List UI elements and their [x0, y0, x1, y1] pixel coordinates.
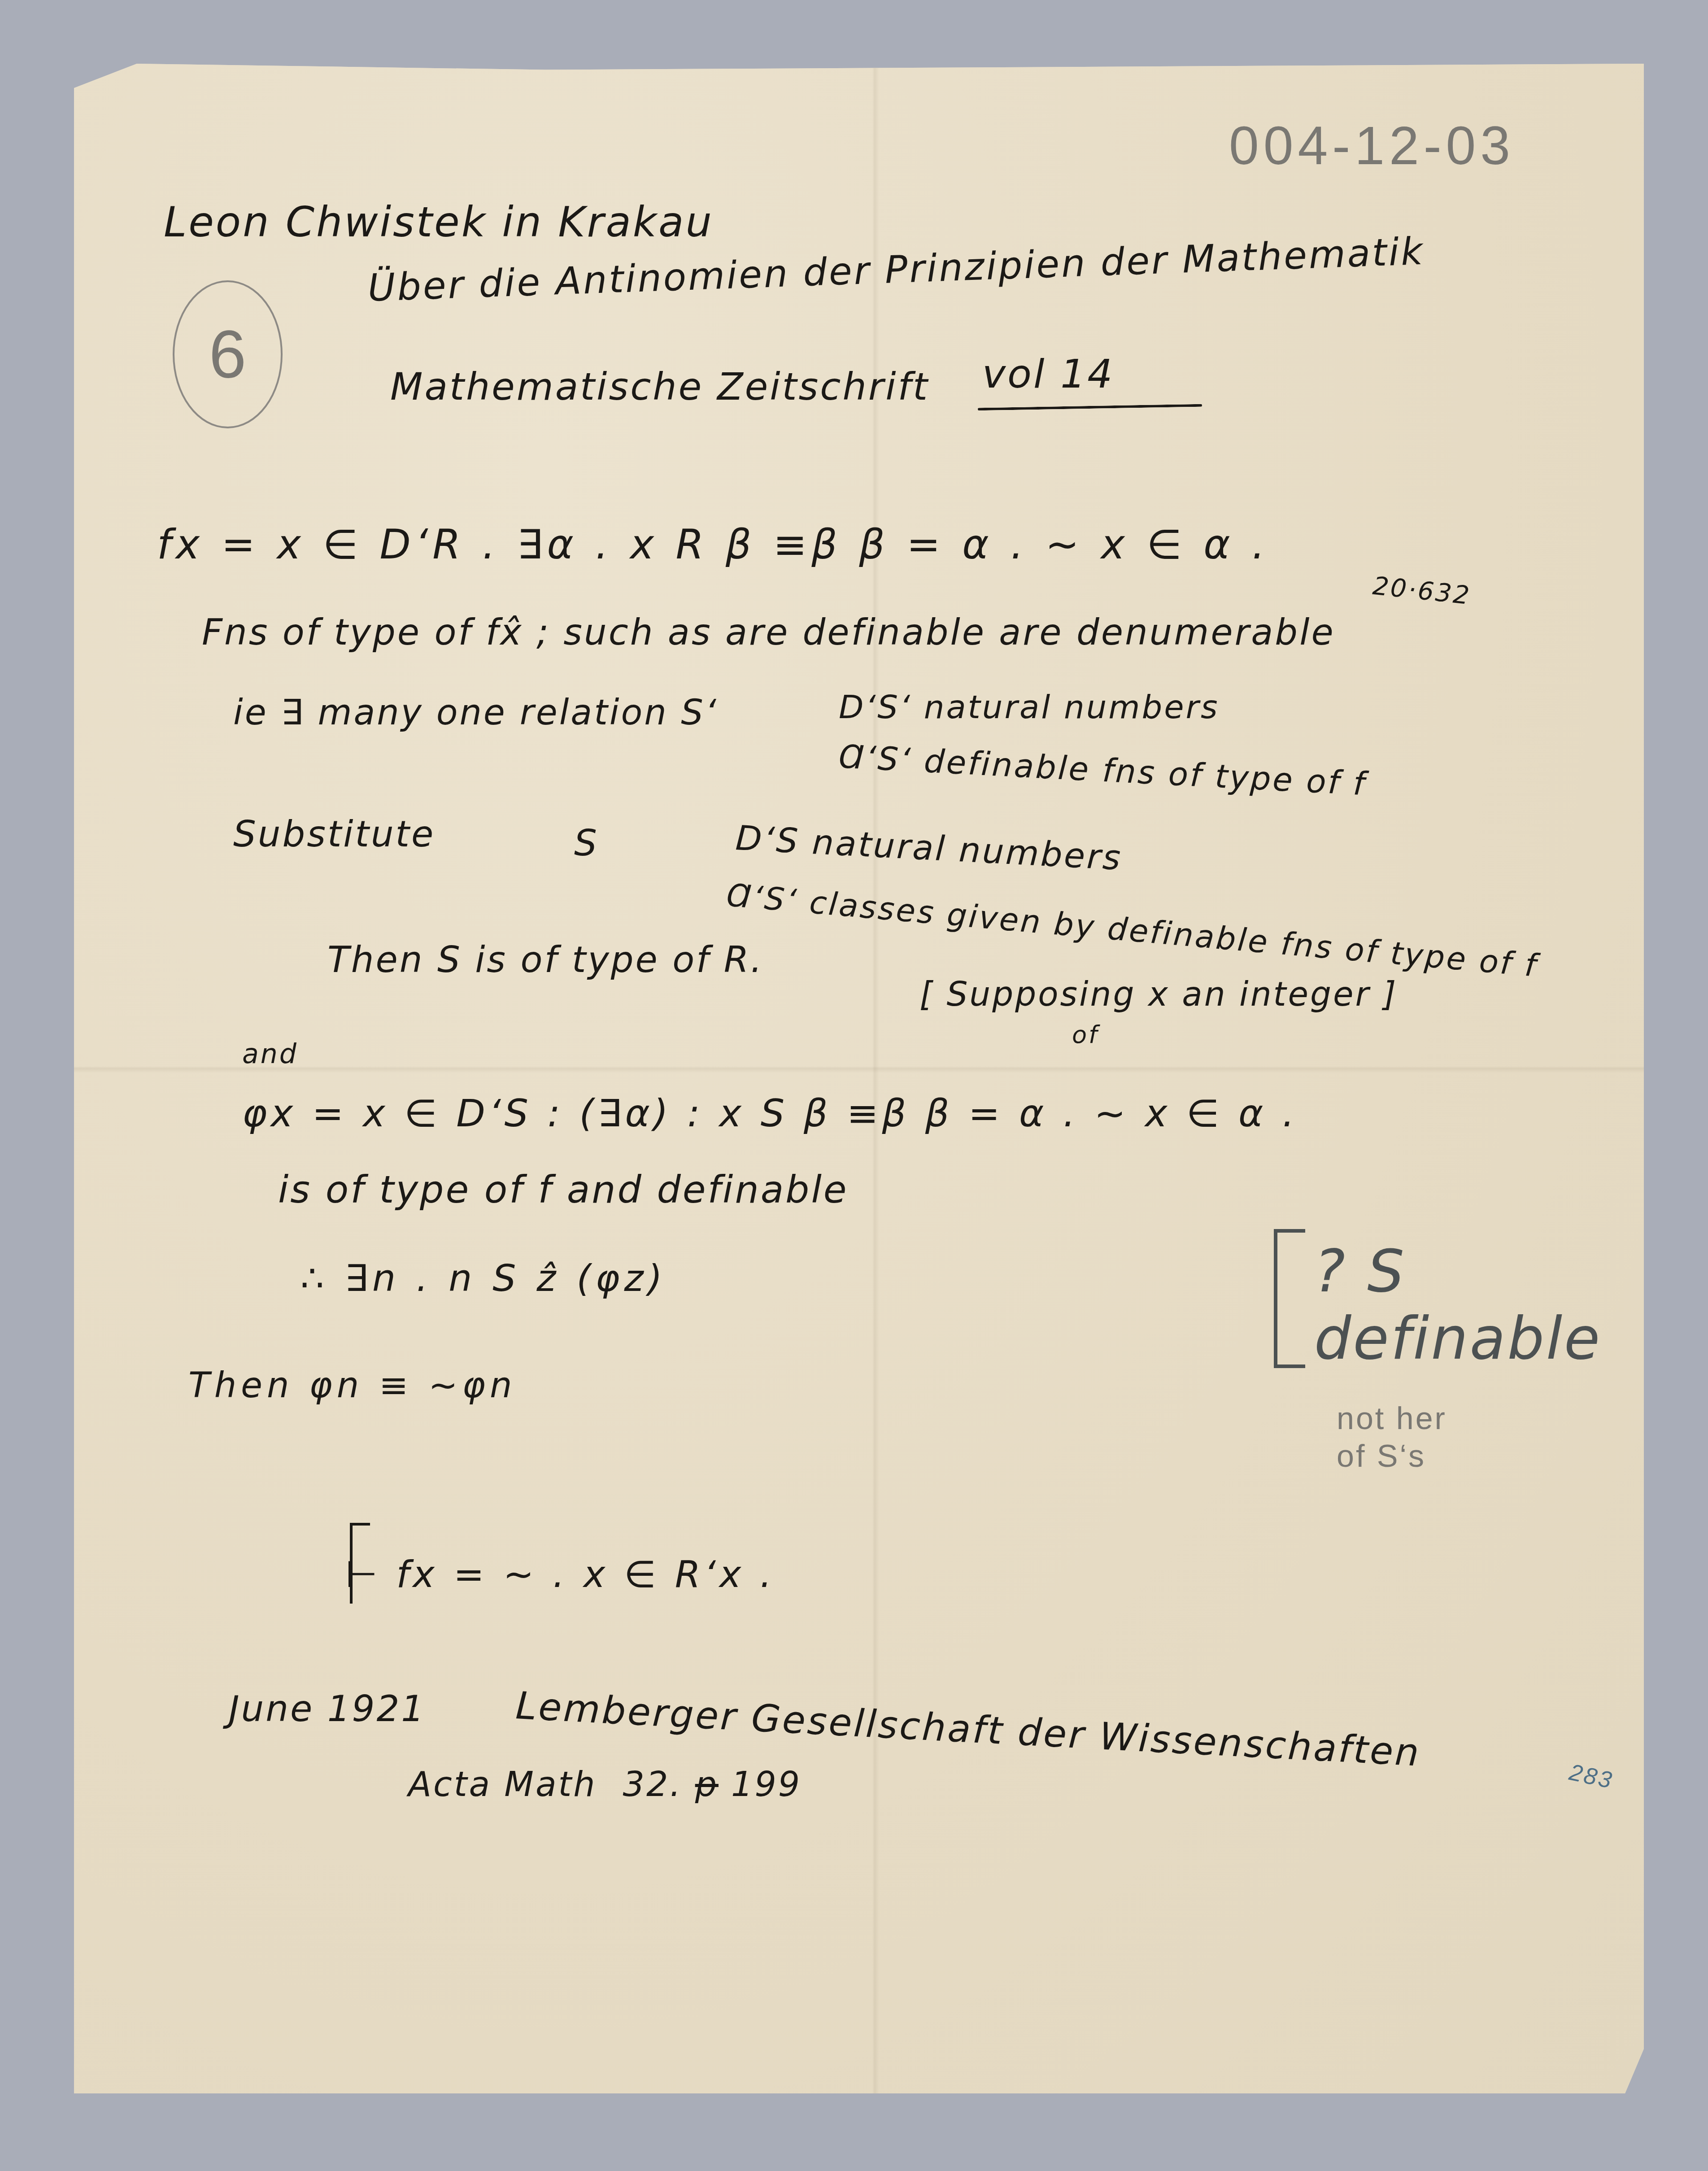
- formula-f-definition: fx = x ∈ D‘R . ∃α . x R β ≡β β = α . ~ x…: [157, 525, 1269, 565]
- journal-name: Mathematische Zeitschrift: [390, 368, 929, 405]
- supposing-note: [ Supposing x an integer ]: [919, 978, 1398, 1011]
- footer-ref-volume: 32.: [623, 1764, 683, 1804]
- and-label: and: [242, 1041, 298, 1068]
- assertion-formula: ⊢ fx = ~ . x ∈ R‘x .: [345, 1556, 775, 1593]
- author-line: Leon Chwistek in Krakau: [164, 202, 714, 243]
- journal-volume: vol 14: [982, 354, 1114, 394]
- definable-line: is of type of f and definable: [278, 1171, 848, 1208]
- margin-bracket: [1274, 1229, 1305, 1368]
- ie-domain-note: D‘S‘ natural numbers: [839, 691, 1220, 723]
- circled-number-value: 6: [209, 316, 246, 393]
- therefore-line: ∴ ∃n . n S ẑ (φz): [301, 1260, 667, 1297]
- margin-note-sub: not her of S‘s: [1337, 1399, 1471, 1475]
- supposing-of: of: [1072, 1023, 1099, 1047]
- circled-number: 6: [173, 280, 283, 428]
- archive-number: 004-12-03: [1229, 119, 1515, 173]
- substitute-symbol: S: [574, 825, 599, 861]
- margin-note-definable: ? S definable: [1314, 1238, 1565, 1372]
- line-many-one-relation: ie ∃ many one relation S‘: [233, 695, 718, 730]
- then-type-line: Then S is of type of R.: [327, 942, 764, 978]
- footer-ref-prefix: Acta Math: [408, 1764, 597, 1804]
- footer-ref-page: 199: [731, 1764, 802, 1804]
- footer-date: June 1921: [229, 1691, 426, 1727]
- formula-phi-definition: φx = x ∈ D‘S : (∃α) : x S β ≡β β = α . ~…: [242, 1094, 1298, 1132]
- footer-reference: Acta Math 32. p 199: [408, 1767, 802, 1801]
- contradiction-line: Then φn ≡ ~φn: [188, 1368, 516, 1403]
- line-functions-denumerable: Fns of type of fx̂ ; such as are definab…: [202, 615, 1335, 650]
- footer-ref-struck: p: [695, 1764, 719, 1804]
- substitute-label: Substitute: [233, 816, 435, 852]
